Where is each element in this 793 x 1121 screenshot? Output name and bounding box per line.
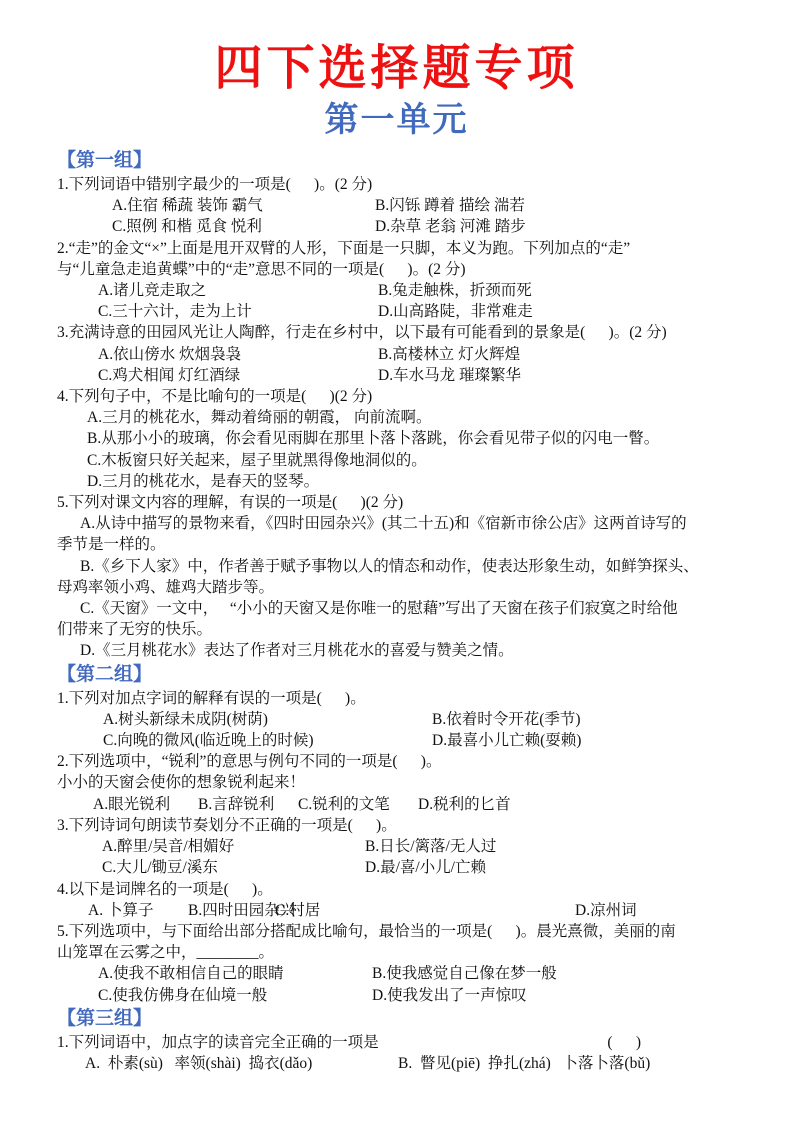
g3-q1-answer-blank: ( ) xyxy=(607,1032,641,1053)
worksheet-page: 四下选择题专项 第一单元 【第一组】 1.下列词语中错别字最少的一项是( )。(… xyxy=(0,0,793,1121)
g1-q3-option-a: A.依山傍水 炊烟袅袅 xyxy=(98,344,378,365)
g1-q2-text-line1: 2.“走”的金文“×”上面是甩开双臂的人形，下面是一只脚，本义为跑。下列加点的“… xyxy=(57,238,736,259)
g1-q4-option-b: B.从那小小的玻璃，你会看见雨脚在那里卜落卜落跳，你会看见带子似的闪电一瞥。 xyxy=(57,428,736,449)
g1-q1-option-a: A.住宿 稀蔬 装饰 霸气 xyxy=(112,195,375,216)
g2-q2-option-c: C.锐利的文笔 xyxy=(298,794,418,815)
g1-q3-options-row1: A.依山傍水 炊烟袅袅 B.高楼林立 灯火辉煌 xyxy=(57,344,736,365)
g2-q4-text: 4.以下是词牌名的一项是( )。 xyxy=(57,879,736,900)
g2-q4-option-a: A. 卜算子 xyxy=(88,900,188,921)
g1-q2-text-line2: 与“儿童急走追黄蝶”中的“走”意思不同的一项是( )。(2 分) xyxy=(57,259,736,280)
unit-subtitle: 第一单元 xyxy=(0,100,793,142)
g1-q1-options-row1: A.住宿 稀蔬 装饰 霸气 B.闪铄 蹲着 描绘 湍若 xyxy=(57,195,736,216)
g2-q3-option-b: B.日长/篱落/无人过 xyxy=(365,836,496,857)
g1-q4-text: 4.下列句子中，不是比喻句的一项是( )(2 分) xyxy=(57,386,736,407)
g2-q1-text: 1.下列对加点字词的解释有误的一项是( )。 xyxy=(57,688,736,709)
page-title: 四下选择题专项 xyxy=(0,40,793,98)
group3-header: 【第三组】 xyxy=(57,1006,736,1032)
g2-q2-option-b: B.言辞锐利 xyxy=(198,794,298,815)
g1-q2-options-row1: A.诸儿竞走取之 B.兔走触株，折颈而死 xyxy=(57,280,736,301)
g1-q2-options-row2: C.三十六计，走为上计 D.山高路陡，非常难走 xyxy=(57,301,736,322)
g2-q2-example: 小小的天窗会使你的想象锐利起来！ xyxy=(57,772,736,793)
g2-q5-options-row1: A.使我不敢相信自己的眼睛 B.使我感觉自己像在梦一般 xyxy=(57,963,736,984)
g1-q5-text: 5.下列对课文内容的理解，有误的一项是( )(2 分) xyxy=(57,492,736,513)
g3-q1-line: 1.下列词语中，加点字的读音完全正确的一项是 ( ) xyxy=(57,1032,736,1053)
g2-q3-options-row2: C.大儿/锄豆/溪东 D.最/喜/小儿/亡赖 xyxy=(57,857,736,878)
worksheet-body: 【第一组】 1.下列词语中错别字最少的一项是( )。(2 分) A.住宿 稀蔬 … xyxy=(0,142,793,1074)
g2-q4-option-b: B.四时田园杂兴 xyxy=(188,900,275,921)
g2-q5-option-a: A.使我不敢相信自己的眼睛 xyxy=(98,963,372,984)
g1-q5-option-c-line2: 们带来了无穷的快乐。 xyxy=(57,619,736,640)
g1-q5-option-a-line1: A.从诗中描写的景物来看，《四时田园杂兴》(其二十五)和《宿新市徐公店》这两首诗… xyxy=(57,513,736,534)
g3-q1-option-b: B. 瞥见(piē) 挣扎(zhá) 卜落卜落(bǔ) xyxy=(398,1053,650,1074)
g1-q2-option-c: C.三十六计，走为上计 xyxy=(98,301,378,322)
g2-q1-option-d: D.最喜小儿亡赖(耍赖) xyxy=(432,730,581,751)
g3-q1-option-a: A. 朴素(sù) 率领(shài) 捣衣(dǎo) xyxy=(85,1053,398,1074)
g2-q3-options-row1: A.醉里/吴音/相媚好 B.日长/篱落/无人过 xyxy=(57,836,736,857)
g2-q5-option-c: C.使我仿佛身在仙境一般 xyxy=(98,985,372,1006)
g1-q2-option-a: A.诸儿竞走取之 xyxy=(98,280,378,301)
g1-q1-option-c: C.照例 和楷 觅食 悦利 xyxy=(112,216,375,237)
g1-q5-option-c-line1: C.《天窗》一文中， “小小的天窗又是你唯一的慰藉”写出了天窗在孩子们寂寞之时给… xyxy=(57,598,736,619)
g1-q3-option-c: C.鸡犬相闻 灯红酒绿 xyxy=(98,365,378,386)
g1-q3-option-d: D.车水马龙 璀璨繁华 xyxy=(378,365,521,386)
group2-header: 【第二组】 xyxy=(57,662,736,688)
g1-q1-option-b: B.闪铄 蹲着 描绘 湍若 xyxy=(375,195,525,216)
g2-q5-text-line2: 山笼罩在云雾之中，________。 xyxy=(57,942,736,963)
g1-q4-option-c: C.木板窗只好关起来，屋子里就黑得像地洞似的。 xyxy=(57,450,736,471)
g2-q3-option-c: C.大儿/锄豆/溪东 xyxy=(102,857,365,878)
g1-q4-option-d: D.三月的桃花水，是春天的竖琴。 xyxy=(57,471,736,492)
g2-q1-options-row1: A.树头新绿未成阴(树荫) B.依着时令开花(季节) xyxy=(57,709,736,730)
g1-q5-option-a-line2: 季节是一样的。 xyxy=(57,534,736,555)
g2-q3-text: 3.下列诗词句朗读节奏划分不正确的一项是( )。 xyxy=(57,815,736,836)
g2-q3-option-a: A.醉里/吴音/相媚好 xyxy=(102,836,365,857)
g2-q2-options-row: A.眼光锐利 B.言辞锐利 C.锐利的文笔 D.税利的匕首 xyxy=(57,794,736,815)
g3-q1-options-row: A. 朴素(sù) 率领(shài) 捣衣(dǎo) B. 瞥见(piē) 挣扎… xyxy=(57,1053,736,1074)
g2-q4-option-c: C.村居 xyxy=(275,900,575,921)
group1-header: 【第一组】 xyxy=(57,148,736,174)
g1-q2-option-d: D.山高路陡，非常难走 xyxy=(378,301,533,322)
g1-q1-options-row2: C.照例 和楷 觅食 悦利 D.杂草 老翁 河滩 踏步 xyxy=(57,216,736,237)
g2-q1-option-a: A.树头新绿未成阴(树荫) xyxy=(103,709,432,730)
g1-q5-option-b-line1: B.《乡下人家》中，作者善于赋予事物以人的情态和动作，使表达形象生动，如鲜笋探头… xyxy=(57,556,736,577)
g2-q5-text-line1: 5.下列选项中，与下面给出部分搭配成比喻句，最恰当的一项是( )。晨光熹微，美丽… xyxy=(57,921,736,942)
g2-q3-option-d: D.最/喜/小儿/亡赖 xyxy=(365,857,486,878)
g1-q2-option-b: B.兔走触株，折颈而死 xyxy=(378,280,532,301)
g1-q5-option-d: D.《三月桃花水》表达了作者对三月桃花水的喜爱与赞美之情。 xyxy=(57,640,736,661)
g1-q3-option-b: B.高楼林立 灯火辉煌 xyxy=(378,344,520,365)
g2-q1-options-row2: C.向晚的微风(临近晚上的时候) D.最喜小儿亡赖(耍赖) xyxy=(57,730,736,751)
g1-q3-options-row2: C.鸡犬相闻 灯红酒绿 D.车水马龙 璀璨繁华 xyxy=(57,365,736,386)
g2-q1-option-c: C.向晚的微风(临近晚上的时候) xyxy=(103,730,432,751)
g2-q1-option-b: B.依着时令开花(季节) xyxy=(432,709,581,730)
g2-q4-option-d: D.凉州词 xyxy=(575,900,637,921)
g2-q5-option-d: D.使我发出了一声惊叹 xyxy=(372,985,527,1006)
g3-q1-text: 1.下列词语中，加点字的读音完全正确的一项是 xyxy=(57,1032,379,1053)
g2-q4-options-row: A. 卜算子 B.四时田园杂兴 C.村居 D.凉州词 xyxy=(57,900,736,921)
g2-q2-text: 2.下列选项中，“锐利”的意思与例句不同的一项是( )。 xyxy=(57,751,736,772)
g2-q2-option-a: A.眼光锐利 xyxy=(93,794,198,815)
g2-q5-options-row2: C.使我仿佛身在仙境一般 D.使我发出了一声惊叹 xyxy=(57,985,736,1006)
g2-q2-option-d: D.税利的匕首 xyxy=(418,794,511,815)
g1-q3-text: 3.充满诗意的田园风光让人陶醉，行走在乡村中，以下最有可能看到的景象是( )。(… xyxy=(57,322,736,343)
g1-q5-option-b-line2: 母鸡率领小鸡、雄鸡大踏步等。 xyxy=(57,577,736,598)
g2-q5-option-b: B.使我感觉自己像在梦一般 xyxy=(372,963,557,984)
g1-q4-option-a: A.三月的桃花水，舞动着绮丽的朝霞， 向前流啊。 xyxy=(57,407,736,428)
g1-q1-text: 1.下列词语中错别字最少的一项是( )。(2 分) xyxy=(57,174,736,195)
g1-q1-option-d: D.杂草 老翁 河滩 踏步 xyxy=(375,216,526,237)
